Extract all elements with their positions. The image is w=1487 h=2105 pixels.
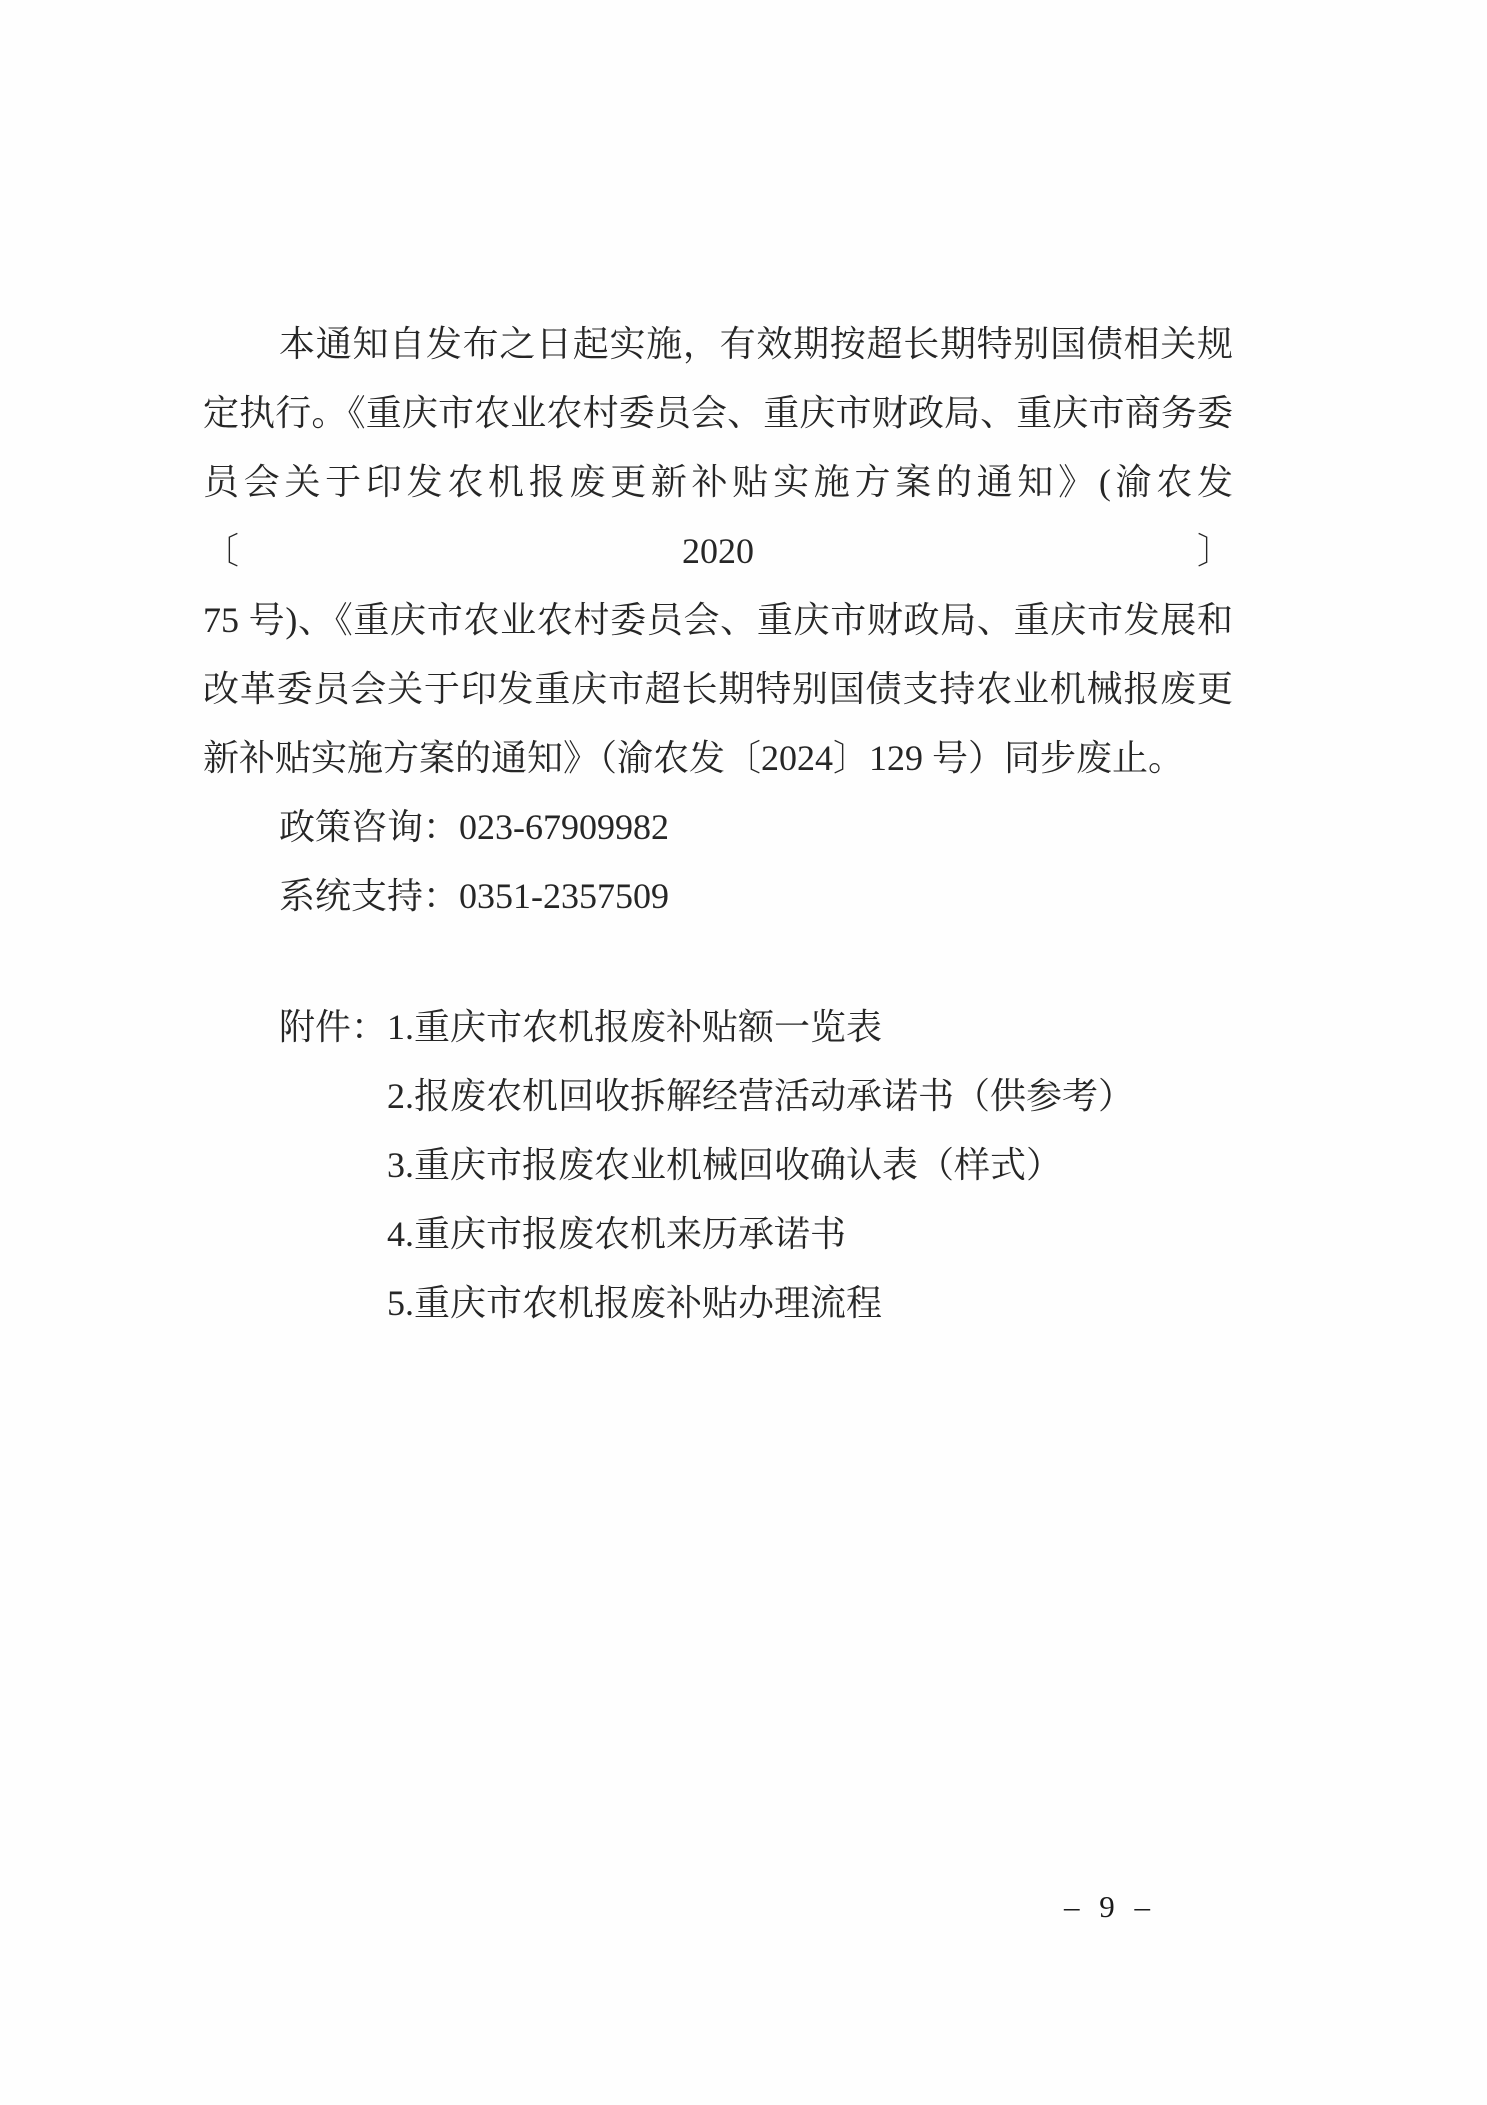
policy-consult-line: 政策咨询：023-67909982 — [203, 793, 1233, 862]
attachments-list: 1.重庆市农机报废补贴额一览表 2.报废农机回收拆解经营活动承诺书（供参考） 3… — [387, 993, 1134, 1338]
attachment-item: 4.重庆市报废农机来历承诺书 — [387, 1200, 1134, 1269]
paragraph-line: 定执行。《重庆市农业农村委员会、重庆市财政局、重庆市商务委 — [203, 379, 1233, 448]
attachment-item: 2.报废农机回收拆解经营活动承诺书（供参考） — [387, 1062, 1134, 1131]
paragraph-line: 改革委员会关于印发重庆市超长期特别国债支持农业机械报废更 — [203, 655, 1233, 724]
document-body: 本通知自发布之日起实施，有效期按超长期特别国债相关规 定执行。《重庆市农业农村委… — [203, 310, 1233, 1338]
attachment-item: 3.重庆市报废农业机械回收确认表（样式） — [387, 1131, 1134, 1200]
paragraph-line: 新补贴实施方案的通知》（渝农发〔2024〕129 号）同步废止。 — [203, 724, 1233, 793]
attachments-block: 附件： 1.重庆市农机报废补贴额一览表 2.报废农机回收拆解经营活动承诺书（供参… — [203, 993, 1233, 1338]
paragraph-line: 75 号)、《重庆市农业农村委员会、重庆市财政局、重庆市发展和 — [203, 586, 1233, 655]
attachments-label: 附件： — [279, 993, 387, 1062]
blank-gap — [203, 931, 1233, 993]
paragraph-line: 本通知自发布之日起实施，有效期按超长期特别国债相关规 — [203, 310, 1233, 379]
attachment-item: 1.重庆市农机报废补贴额一览表 — [387, 993, 1134, 1062]
document-page: 本通知自发布之日起实施，有效期按超长期特别国债相关规 定执行。《重庆市农业农村委… — [0, 0, 1487, 2105]
closing-paragraph: 本通知自发布之日起实施，有效期按超长期特别国债相关规 定执行。《重庆市农业农村委… — [203, 310, 1233, 793]
attachment-item: 5.重庆市农机报废补贴办理流程 — [387, 1269, 1134, 1338]
page-number: – 9 – — [1064, 1887, 1156, 1927]
paragraph-line: 员会关于印发农机报废更新补贴实施方案的通知》(渝农发〔2020〕 — [203, 448, 1233, 586]
system-support-line: 系统支持：0351-2357509 — [203, 862, 1233, 931]
